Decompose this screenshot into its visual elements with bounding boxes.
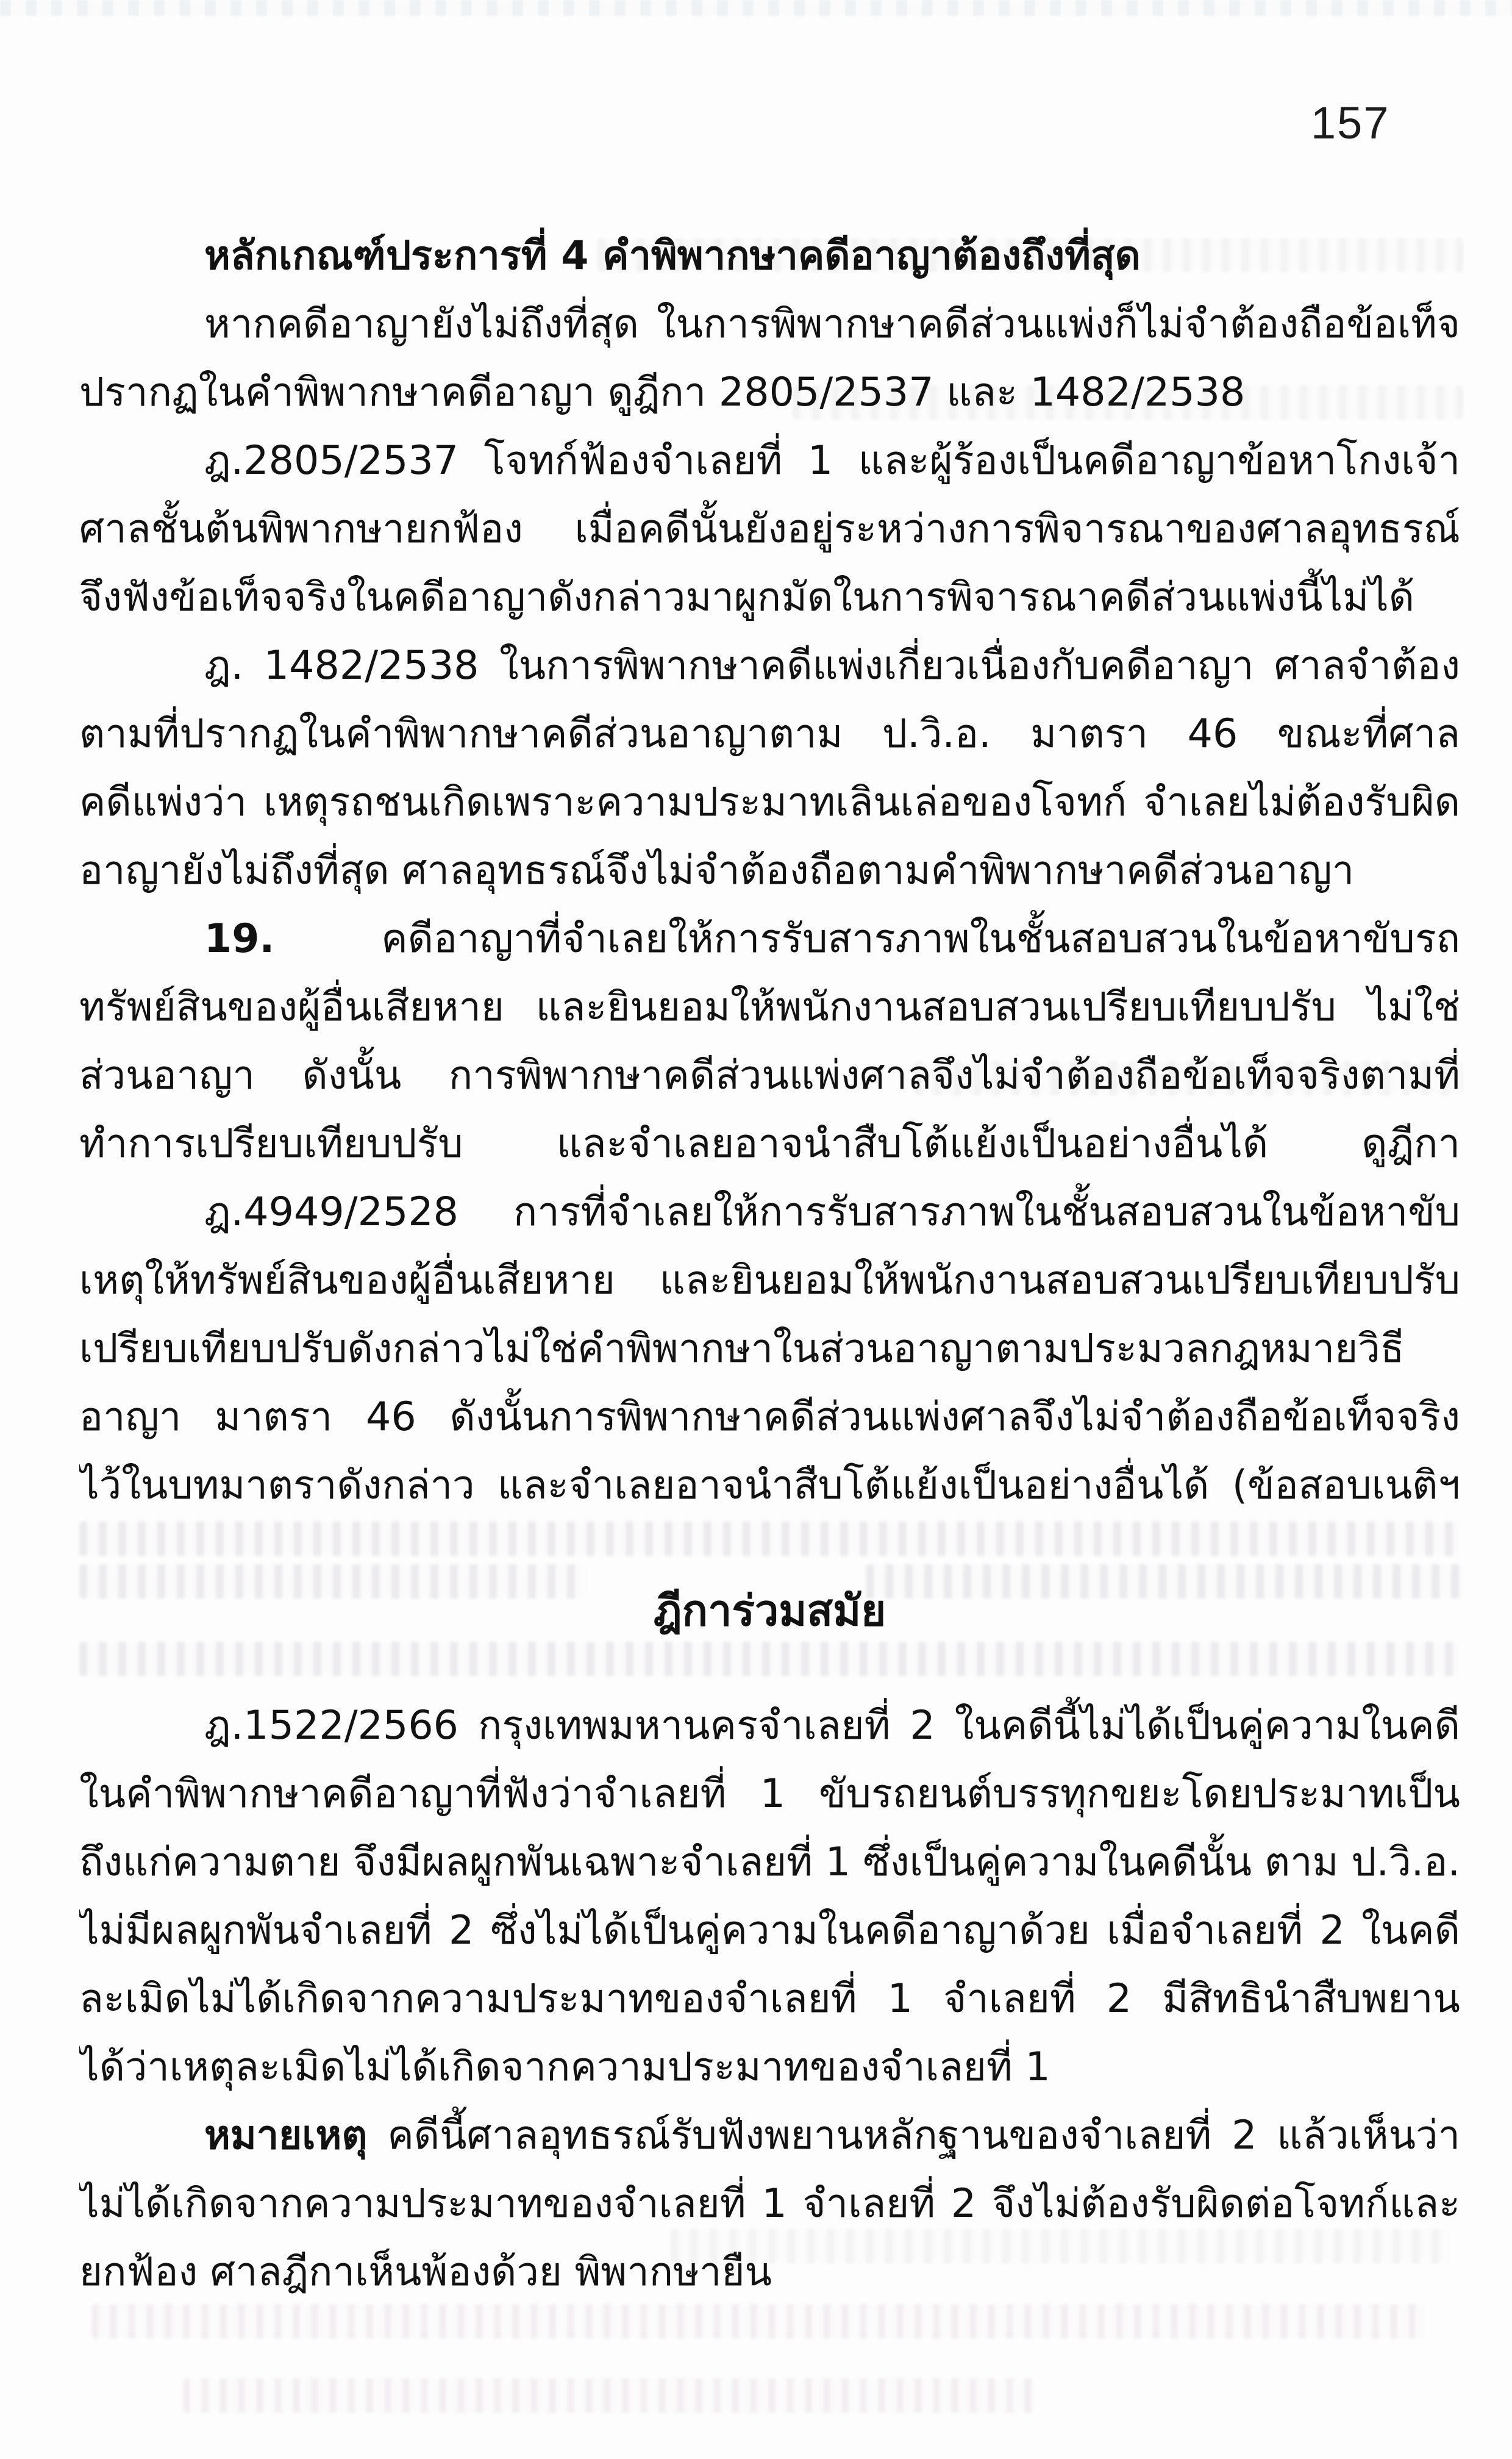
text-line: ไม่มีผลผูกพันจำเลยที่ 2 ซึ่งไม่ได้เป็นคู… bbox=[79, 1897, 1460, 1965]
text-line: ฎ.1522/2566 กรุงเทพมหานครจำเลยที่ 2 ในคด… bbox=[79, 1692, 1460, 1760]
text-line: ในคำพิพากษาคดีอาญาที่ฟังว่าจำเลยที่ 1 ขั… bbox=[79, 1760, 1460, 1828]
text-line: คดีแพ่งว่า เหตุรถชนเกิดเพราะความประมาทเล… bbox=[79, 768, 1460, 837]
text-line: ศาลชั้นต้นพิพากษายกฟ้อง เมื่อคดีนั้นยังอ… bbox=[79, 495, 1460, 564]
section-heading: ฎีการ่วมสมัย bbox=[79, 1577, 1460, 1645]
text-line: อาญายังไม่ถึงที่สุด ศาลอุทธรณ์จึงไม่จำต้… bbox=[79, 837, 1460, 905]
text-line: ถึงแก่ความตาย จึงมีผลผูกพันเฉพาะจำเลยที่… bbox=[79, 1828, 1460, 1897]
text-line: หมายเหตุ คดีนี้ศาลอุทธรณ์รับฟังพยานหลักฐ… bbox=[79, 2102, 1460, 2170]
text-line: ละเมิดไม่ได้เกิดจากความประมาทของจำเลยที่… bbox=[79, 1965, 1460, 2033]
text-line: เหตุให้ทรัพย์สินของผู้อื่นเสียหาย และยิน… bbox=[79, 1247, 1460, 1315]
bold-prefix: หมายเหตุ bbox=[204, 2113, 368, 2158]
bold-prefix: 19. bbox=[204, 916, 274, 962]
bleed-through-ghost bbox=[183, 2378, 1036, 2413]
scanner-edge-artifact bbox=[0, 0, 1512, 16]
text-line: ฎ. 1482/2538 ในการพิพากษาคดีแพ่งเกี่ยวเน… bbox=[79, 632, 1460, 700]
text-line: ได้ว่าเหตุละเมิดไม่ได้เกิดจากความประมาทข… bbox=[79, 2033, 1460, 2102]
text-line: จึงฟังข้อเท็จจริงในคดีอาญาดังกล่าวมาผูกม… bbox=[79, 564, 1460, 632]
text-line: ไม่ได้เกิดจากความประมาทของจำเลยที่ 1 จำเ… bbox=[79, 2170, 1460, 2238]
text-line: อาญา มาตรา 46 ดังนั้นการพิพากษาคดีส่วนแพ… bbox=[79, 1383, 1460, 1451]
scanned-book-page: 157 หลักเกณฑ์ประการที่ 4 คำพิพากษาคดีอาญ… bbox=[0, 0, 1512, 2459]
text-line: ทรัพย์สินของผู้อื่นเสียหาย และยินยอมให้พ… bbox=[79, 973, 1460, 1042]
body-text: หลักเกณฑ์ประการที่ 4 คำพิพากษาคดีอาญาต้อ… bbox=[79, 222, 1460, 2307]
page-number: 157 bbox=[1311, 101, 1389, 146]
bleed-through-ghost bbox=[91, 2304, 1427, 2338]
text-line: ยกฟ้อง ศาลฎีกาเห็นพ้องด้วย พิพากษายืน bbox=[79, 2238, 1460, 2307]
text-line: 19. คดีอาญาที่จำเลยให้การรับสารภาพในชั้น… bbox=[79, 905, 1460, 973]
text-line: ฎ.4949/2528 การที่จำเลยให้การรับสารภาพใน… bbox=[79, 1178, 1460, 1247]
text-line: ฎ.2805/2537 โจทก์ฟ้องจำเลยที่ 1 และผู้ร้… bbox=[79, 427, 1460, 495]
text-line: ทำการเปรียบเทียบปรับ และจำเลยอาจนำสืบโต้… bbox=[79, 1110, 1460, 1178]
text-line: ตามที่ปรากฏในคำพิพากษาคดีส่วนอาญาตาม ป.ว… bbox=[79, 700, 1460, 768]
text-line: เปรียบเทียบปรับดังกล่าวไม่ใช่คำพิพากษาใน… bbox=[79, 1315, 1460, 1383]
text-line: ส่วนอาญา ดังนั้น การพิพากษาคดีส่วนแพ่งศา… bbox=[79, 1042, 1460, 1110]
text-line: ไว้ในบทมาตราดังกล่าว และจำเลยอาจนำสืบโต้… bbox=[79, 1451, 1460, 1520]
text-line: หลักเกณฑ์ประการที่ 4 คำพิพากษาคดีอาญาต้อ… bbox=[79, 222, 1460, 290]
text-line: หากคดีอาญายังไม่ถึงที่สุด ในการพิพากษาคด… bbox=[79, 290, 1460, 359]
text-line: ปรากฏในคำพิพากษาคดีอาญา ดูฎีกา 2805/2537… bbox=[79, 359, 1460, 427]
